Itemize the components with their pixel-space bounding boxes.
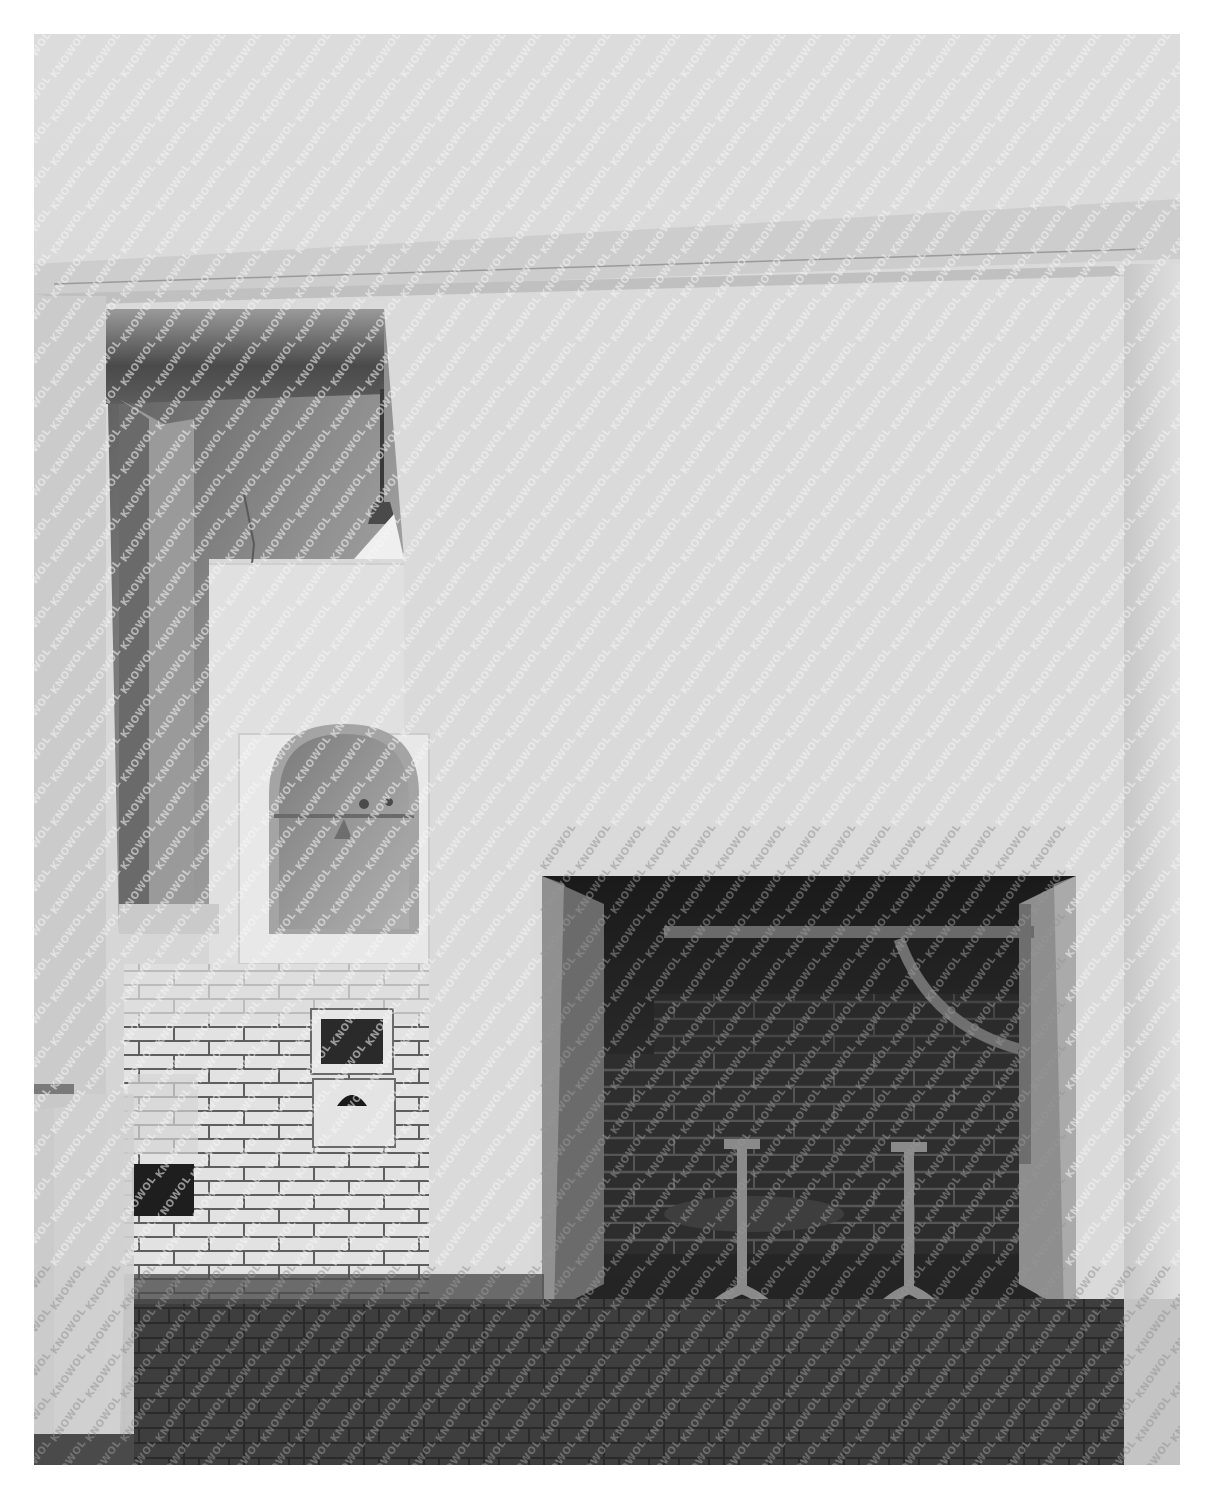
- fireplace-scene: [34, 34, 1180, 1465]
- photograph: KNOWOLKNOWOLKNOWOLKNOWOLKNOWOLKNOWOLKNOW…: [34, 34, 1180, 1465]
